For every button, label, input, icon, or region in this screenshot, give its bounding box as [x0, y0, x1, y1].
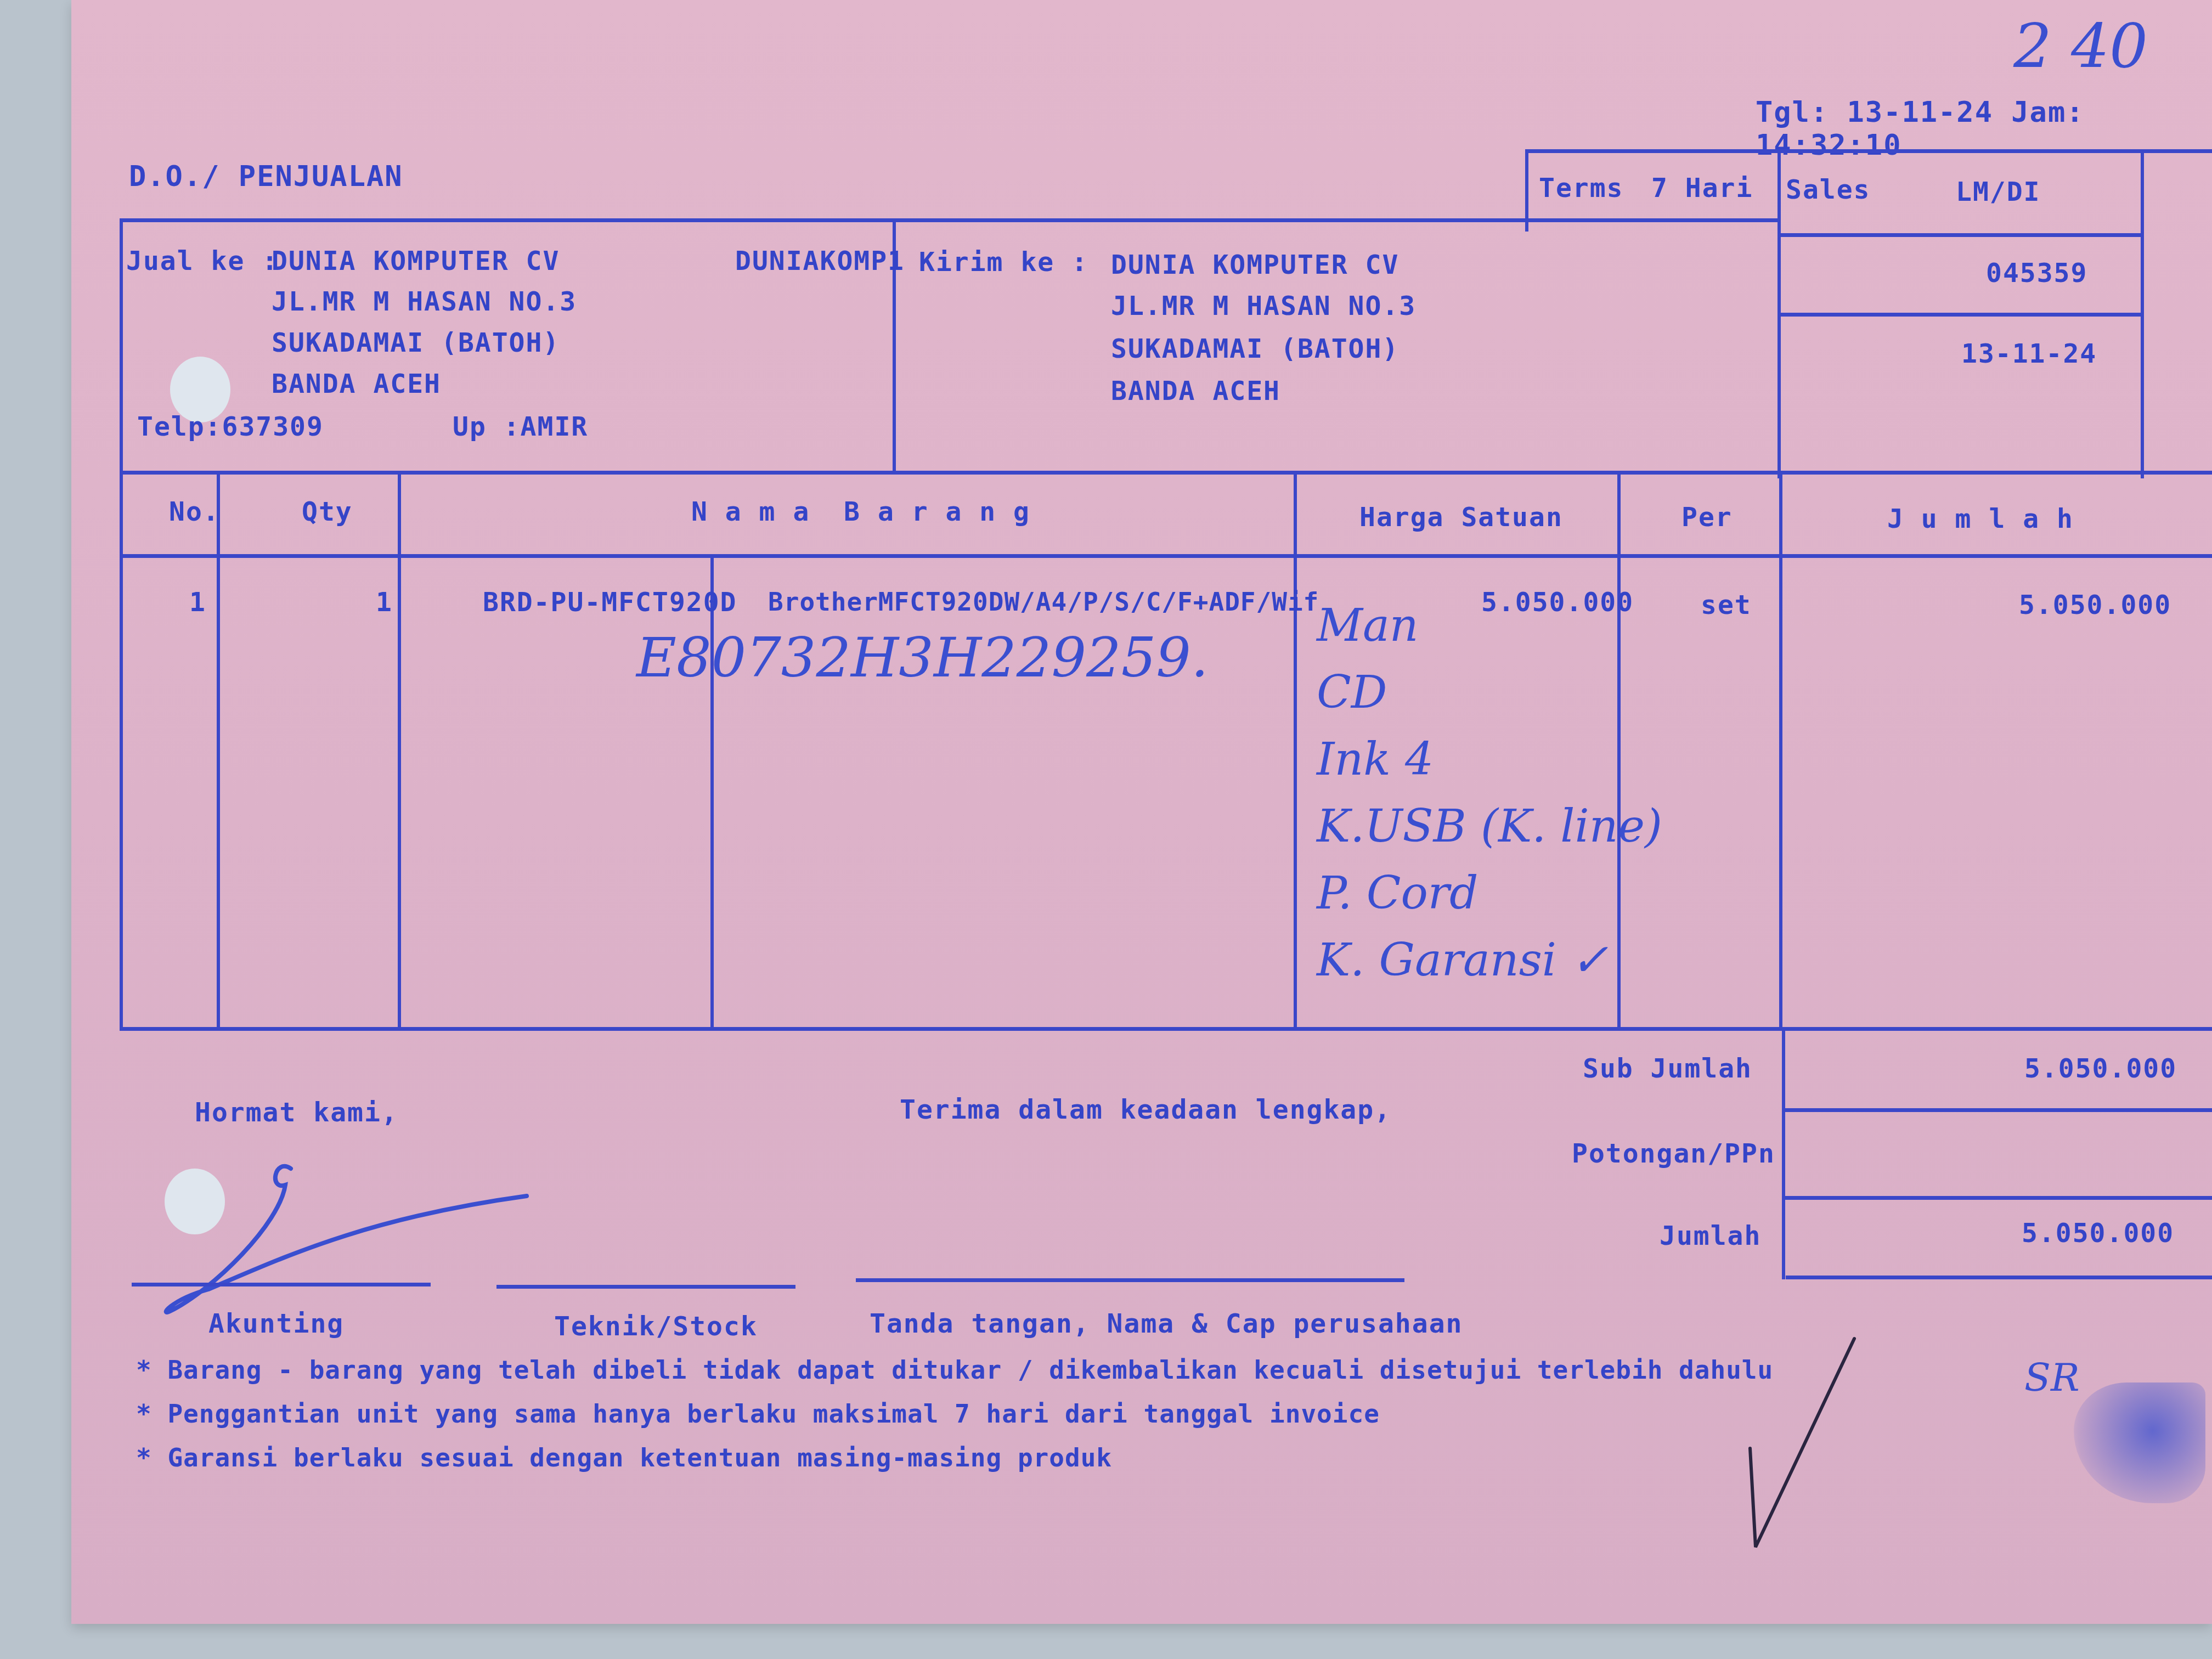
- row-per: set: [1701, 590, 1752, 620]
- handwritten-number: 2 40: [2013, 11, 2148, 81]
- accounting-label: Akunting: [208, 1308, 344, 1339]
- ship-to-line-1: DUNIA KOMPUTER CV: [1111, 250, 1399, 280]
- sold-to-attention: Up :AMIR: [453, 411, 588, 442]
- header-per: Per: [1681, 502, 1733, 533]
- sold-to-line-2: JL.MR M HASAN NO.3: [272, 286, 577, 317]
- row-no: 1: [189, 587, 206, 618]
- ship-to-label: Kirim ke :: [919, 247, 1088, 278]
- sold-to-line-4: BANDA ACEH: [272, 369, 441, 399]
- total-value: 5.050.000: [2022, 1218, 2174, 1249]
- note-1: * Barang - barang yang telah dibeli tida…: [136, 1355, 1773, 1385]
- header-no: No.: [169, 496, 220, 527]
- terms-label: Terms: [1539, 173, 1624, 204]
- handwritten-notes: Man CD Ink 4 K.USB (K. line) P. Cord K. …: [1317, 592, 1662, 994]
- row-qty: 1: [376, 587, 393, 618]
- note-cd: CD: [1317, 659, 1662, 726]
- note-ink: Ink 4: [1317, 726, 1662, 793]
- header-qty: Qty: [302, 496, 353, 527]
- signature-scribble: [148, 1158, 642, 1322]
- sold-to-label: Jual ke :: [126, 246, 279, 276]
- ship-to-line-3: SUKADAMAI (BATOH): [1111, 334, 1399, 364]
- ink-stamp-smudge: [2074, 1383, 2205, 1503]
- sales-value: LM/DI: [1956, 177, 2041, 207]
- subtotal-value: 5.050.000: [2024, 1053, 2177, 1084]
- customer-code: DUNIAKOMP1: [735, 246, 905, 276]
- document-title: D.O./ PENJUALAN: [129, 160, 403, 193]
- sold-to-line-1: DUNIA KOMPUTER CV: [272, 246, 560, 276]
- note-3: * Garansi berlaku sesuai dengan ketentua…: [136, 1443, 1112, 1472]
- header-amount: J u m l a h: [1887, 504, 2074, 534]
- ship-to-line-4: BANDA ACEH: [1111, 376, 1280, 407]
- note-usb-cable: K.USB (K. line): [1317, 793, 1662, 860]
- sold-to-line-3: SUKADAMAI (BATOH): [272, 328, 560, 358]
- received-text: Terima dalam keadaan lengkap,: [900, 1094, 1391, 1125]
- row-amount: 5.050.000: [2019, 590, 2171, 620]
- header-item-name: N a m a B a r a n g: [691, 496, 1030, 527]
- header-unit-price: Harga Satuan: [1359, 502, 1563, 533]
- handwritten-initials: SR: [2024, 1355, 2080, 1400]
- sales-label: Sales: [1786, 174, 1871, 205]
- ship-to-line-2: JL.MR M HASAN NO.3: [1111, 291, 1416, 321]
- doc-number: 045359: [1986, 258, 2087, 289]
- handwritten-serial: E80732H3H229259.: [636, 625, 1209, 690]
- delivery-order-paper: 2 40 Tgl: 13-11-24 Jam: 14:32:10 D.O./ P…: [71, 0, 2212, 1624]
- checkmark-icon: [1717, 1328, 1882, 1558]
- note-2: * Penggantian unit yang sama hanya berla…: [136, 1399, 1380, 1429]
- subtotal-label: Sub Jumlah: [1583, 1053, 1752, 1084]
- tech-stock-label: Teknik/Stock: [554, 1311, 758, 1342]
- note-manual: Man: [1317, 592, 1662, 659]
- sold-to-phone: Telp:637309: [137, 411, 324, 442]
- total-label: Jumlah: [1660, 1221, 1761, 1251]
- note-warranty-card: K. Garansi ✓: [1317, 927, 1662, 994]
- terms-value: 7 Hari: [1651, 173, 1753, 204]
- discount-label: Potongan/PPn: [1572, 1138, 1775, 1169]
- row-item-code: BRD-PU-MFCT920D: [483, 587, 737, 618]
- note-power-cord: P. Cord: [1317, 860, 1662, 927]
- regards-text: Hormat kami,: [195, 1097, 398, 1128]
- doc-date: 13-11-24: [1961, 338, 2097, 369]
- row-description: BrotherMFCT920DW/A4/P/S/C/F+ADF/Wif: [768, 587, 1319, 617]
- company-sign-label: Tanda tangan, Nama & Cap perusahaan: [870, 1308, 1463, 1339]
